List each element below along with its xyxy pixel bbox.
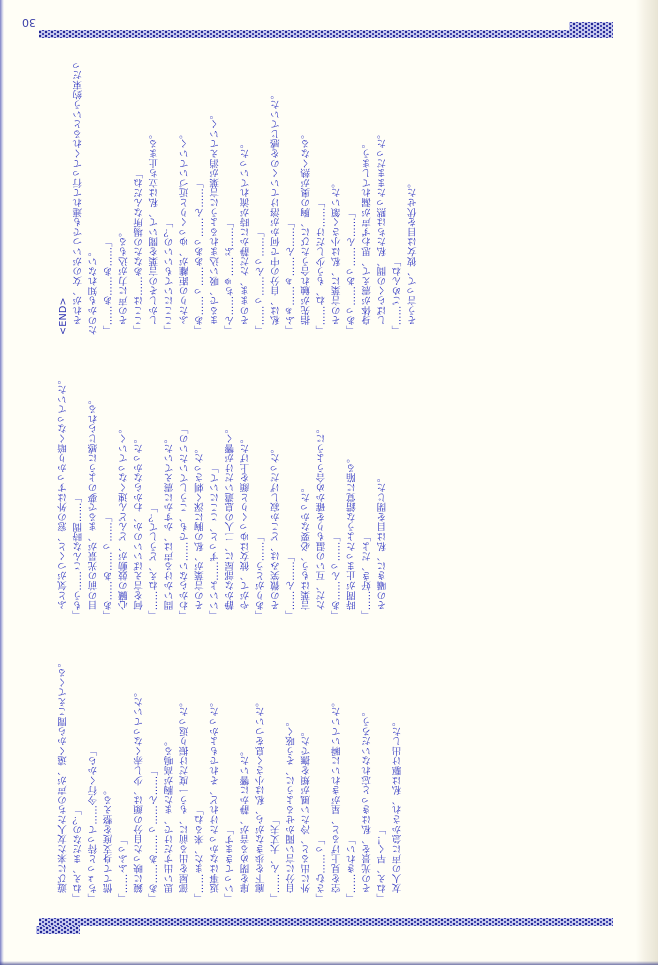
text-line: しかしその言葉を聞いて、私は立ち止まる。 [147, 57, 162, 335]
footer-pattern-band [39, 918, 613, 926]
text-line: 「あっ……あっ……ん……」 [345, 57, 360, 335]
text-line: 「……また、来るね」 [193, 641, 208, 903]
text-line: 時間が止まったような錯覚に陥る。 [345, 346, 360, 620]
text-line: 「ねえ、まだなの？」 [71, 641, 86, 903]
text-line: その言葉が、私の胸に深く刺さった。 [193, 346, 208, 620]
text-line: 友人の声に急かされ、私は駆け出した。 [390, 641, 405, 903]
text-line: それが、女のがいつでも連れて行ってくれるという約束だったのかも知れない。 [71, 57, 101, 335]
text-line: 何を言えばいいのか、わからなかった。 [132, 346, 147, 620]
text-line: 私は、自分の中で何かが溶けていくのを感じていた。 [269, 57, 284, 335]
text-line: 「もう……こんな時間……」 [71, 346, 86, 620]
scanned-page: 30 <END> それが、女のがいつでも連れて行ってくれるという約束だったのかも… [0, 0, 658, 965]
text-line: 「……ふふっ」 [117, 641, 132, 903]
text-line: 廊下を歩きながら、私は小さく息をついた。 [254, 641, 269, 903]
text-line: 「ありがとう……」 [254, 346, 269, 620]
text-line: 「ふぁ……ぁ……ん……」 [284, 57, 299, 335]
text-line: しばらくの間、私たちは黙ったままだった。 [375, 57, 390, 335]
text-line: 返事はなかったけれど、それでもよかった。 [208, 641, 223, 903]
text-line: 「……ん、大丈夫」 [269, 641, 284, 903]
text-line: 身体が震えて、思わず声が漏れてしまう。 [360, 57, 375, 335]
text-line: 「……ん……」 [284, 346, 299, 620]
text-tier-middle: ふと気がつくと、窓の外はすっかり暗くなっていた。 「もう……こんな時間……」 目… [56, 346, 618, 620]
text-line: 慌てて身支度を整える。 [102, 641, 117, 903]
page-gutter-shadow [636, 0, 658, 965]
text-line: その言葉に、私は小さく頷いた。 [330, 57, 345, 335]
text-line: 自分に言い聞かせるように、そう呟く。 [284, 641, 299, 903]
text-line: まるで、吸い込まれるように言葉が消えていく。 [208, 57, 223, 335]
text-tier-lower: 遊びに来た友人たちの声が、遠くから聞こえてくる。 「ねえ、まだなの？」 「ちょっ… [56, 641, 618, 903]
text-line: 扉を閉める音が、静かに響いた。 [238, 641, 253, 903]
header-pattern-band-extension [569, 22, 613, 30]
page-edge-shadow [0, 0, 4, 965]
text-line: 「あ……あ……っ……」 [102, 346, 117, 620]
text-line: その声に力が込もる。 [117, 57, 132, 335]
text-line: 「……ごめんね」 [390, 57, 405, 335]
text-line: 問いかける声は、かすかに震えていた。 [162, 346, 177, 620]
text-line: 「ここは……あなたの場所なんだね」 [132, 57, 147, 335]
header-pattern-band [39, 30, 613, 38]
text-line: 「……っ……んっ……」 [254, 57, 269, 335]
text-line: 「いってきます」 [223, 641, 238, 903]
text-line: 言葉はもう、必要なかった。 [299, 346, 314, 620]
text-line: ふたりの距離が、ゆっくりと近づいていく。 [178, 57, 193, 335]
page-number: 30 [22, 16, 36, 29]
text-tier-upper: <END> それが、女のがいつでも連れて行ってくれるという約束だったのかも知れな… [56, 57, 618, 335]
text-line: 「……きれい」 [345, 641, 360, 903]
text-line: そう言って、彼女は目を伏せた。 [406, 57, 421, 335]
text-line: 外に出ると、冷たい風が頬を撫でた。 [299, 641, 314, 903]
text-line: やがて、彼女はゆっくりと顔を上げた。 [238, 346, 253, 620]
text-line: 「ねえ、早く！」 [375, 641, 390, 903]
text-line: 「……ね、もう少しだけ……」 [314, 57, 329, 335]
text-line: 「ここにいてもいいの？」 [162, 57, 177, 335]
text-line: 「あ……んっ……」 [330, 346, 345, 620]
text-line: 遊びに来た友人たちの声が、遠くから聞こえてくる。 [56, 641, 71, 903]
text-line: 「ちょっと待って……今行くから」 [86, 641, 101, 903]
text-line: 心臓の鼓動が、どんどん速くなっていく。 [117, 346, 132, 620]
footer-pattern-band-extension [36, 926, 80, 934]
text-line: 目の前の光景が、まるで夢のように感じられる。 [86, 346, 101, 620]
text-line: そのまま、ただ静かに時が流れていった。 [238, 57, 253, 335]
text-line: 「あ……あ……っ……ん……」 [147, 641, 162, 903]
text-line: 「あ……っ……ああっ……ん……」 [193, 57, 208, 335]
text-line: その微笑みは、どこか寂しげだった。 [269, 346, 284, 620]
text-line: 「ん……ちゅ……ぷ……」 [223, 57, 238, 335]
text-line: 「……好き、だよ」 [360, 346, 375, 620]
text-line: 「……あ……あ……」 [102, 57, 117, 335]
text-line: 思い出すだけで、また胸が高鳴る。 [162, 641, 177, 903]
end-marker: <END> [56, 57, 71, 335]
text-line: 空を見上げると、星がきれいに瞬いていた。 [330, 641, 345, 903]
text-line: ふと気がつくと、窓の外はすっかり暗くなっていた。 [56, 346, 71, 620]
text-line: 「いいよ……ずっと、ここにいて」 [208, 346, 223, 620]
text-line: 「さむ……っ」 [314, 641, 329, 903]
text-line: 「わからない……でも、こうしていたいの」 [178, 346, 193, 620]
text-line: 鏡に映った自分の顔は、少し赤くなっていた。 [132, 641, 147, 903]
text-line: 静かな部屋に、二人の息遣いだけが響く。 [223, 346, 238, 620]
text-line: その光景を、私はきっと忘れないだろう。 [360, 641, 375, 903]
text-line: その囁きに、私は目を閉じた。 [375, 346, 390, 620]
text-line: ただ、互いの温もりを確かめ合うように。 [314, 346, 329, 620]
text-line: 部屋を出る前に、もう一度だけ振り返った。 [178, 641, 193, 903]
page-edge-line [0, 961, 658, 965]
text-line: 「……ねえ、どうして？」 [147, 346, 162, 620]
text-line: 指先が触れ合うたびに、胸の奥が熱くなる。 [299, 57, 314, 335]
